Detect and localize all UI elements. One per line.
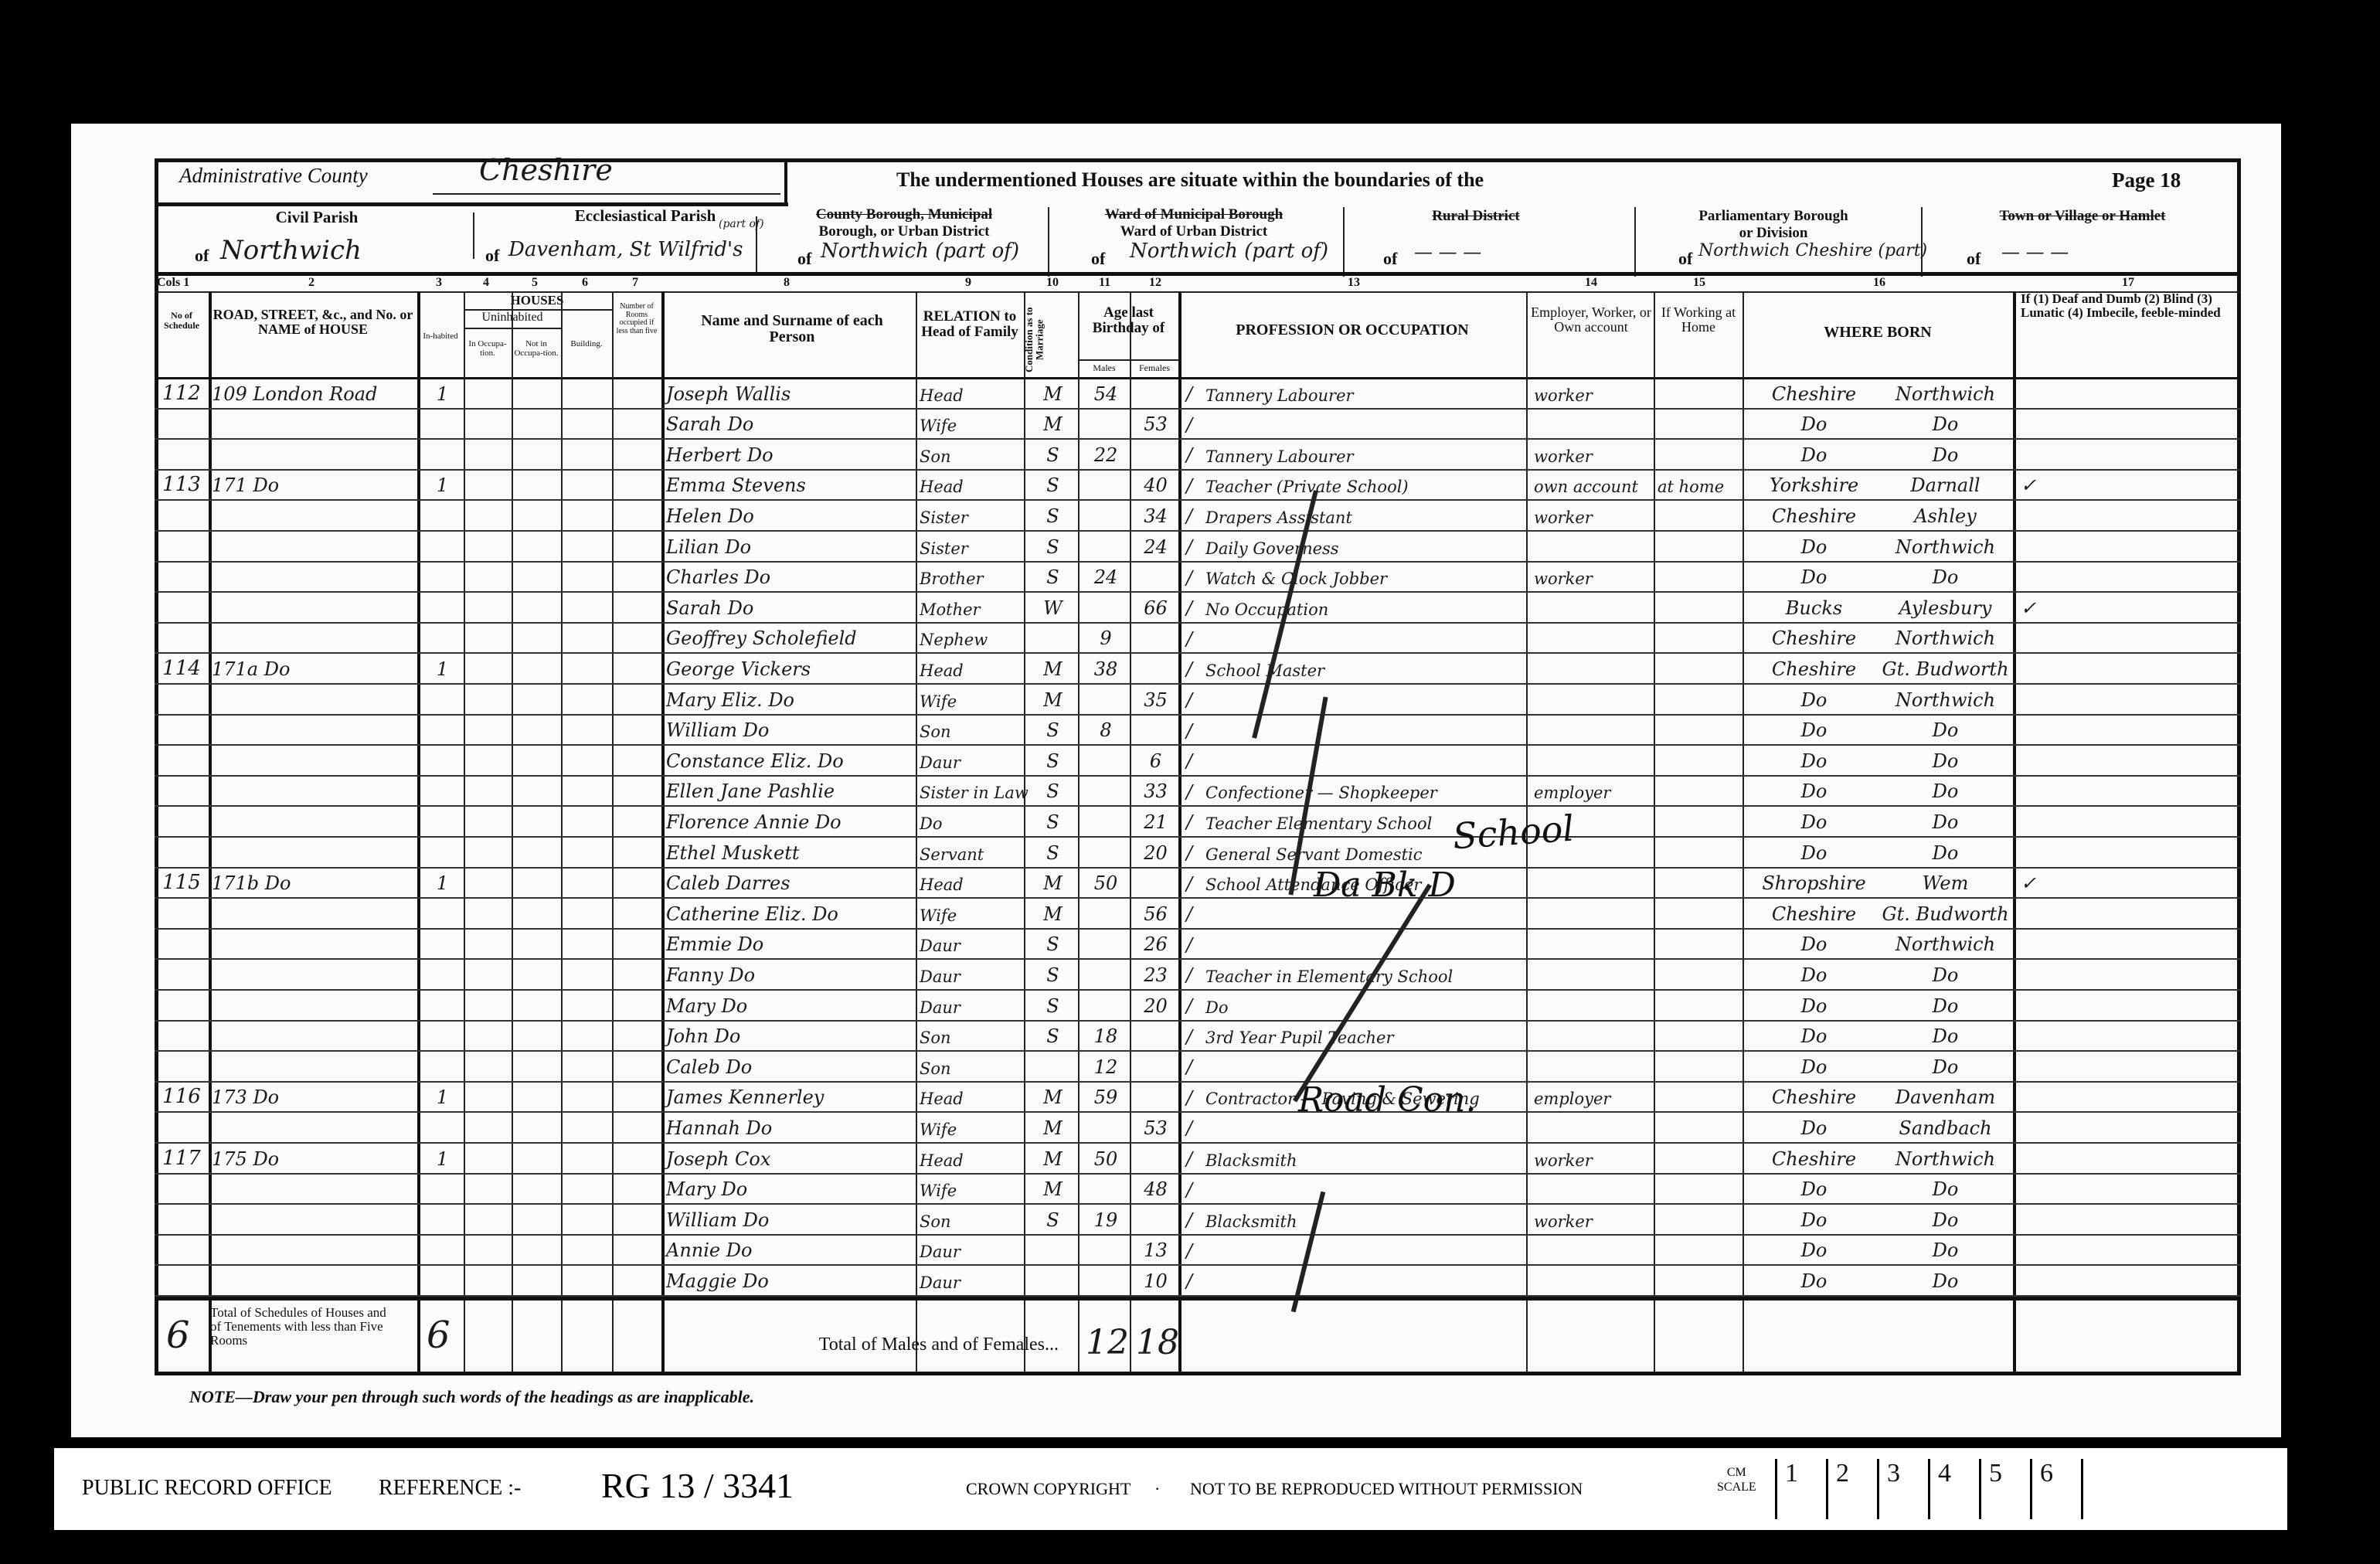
born-place: Do bbox=[1878, 440, 2013, 471]
male-age bbox=[1082, 807, 1130, 838]
inhabited-mark: 1 bbox=[421, 379, 464, 410]
col-working-home-header: If Working at Home bbox=[1656, 305, 1741, 335]
working-at-home bbox=[1657, 1052, 1742, 1083]
relation: Daur bbox=[920, 991, 1024, 1022]
person-name: Emma Stevens bbox=[666, 471, 916, 501]
female-age: 56 bbox=[1133, 899, 1178, 930]
occupation bbox=[1205, 1266, 1526, 1297]
column-number: 5 bbox=[532, 276, 538, 290]
working-at-home bbox=[1657, 838, 1742, 869]
relation: Nephew bbox=[920, 624, 1024, 654]
female-age: 20 bbox=[1133, 991, 1178, 1022]
address bbox=[212, 1266, 417, 1297]
relation: Mother bbox=[920, 593, 1024, 624]
person-name: Lilian Do bbox=[666, 532, 916, 563]
scale-end bbox=[2081, 1459, 2091, 1519]
employment-status: own account bbox=[1534, 471, 1654, 501]
tick-mark: / bbox=[1186, 658, 1192, 680]
infirmity bbox=[2021, 1205, 2086, 1236]
relation: Head bbox=[920, 379, 1024, 410]
male-age bbox=[1082, 746, 1130, 777]
column-number: 14 bbox=[1585, 276, 1597, 290]
schedule-number bbox=[155, 807, 209, 838]
working-at-home bbox=[1657, 1022, 1742, 1052]
column-number: 15 bbox=[1693, 276, 1705, 290]
occupation: Daily Governess bbox=[1205, 532, 1526, 563]
female-age bbox=[1133, 716, 1178, 746]
person-name: Fanny Do bbox=[666, 960, 916, 991]
born-place: Do bbox=[1878, 1175, 2013, 1205]
tick-mark: / bbox=[1186, 750, 1192, 772]
admin-county-underline bbox=[433, 193, 780, 195]
address bbox=[212, 1113, 417, 1144]
male-age bbox=[1082, 1113, 1130, 1144]
column-rule bbox=[464, 291, 465, 1372]
infirmity bbox=[2021, 563, 2086, 593]
working-at-home bbox=[1657, 501, 1742, 532]
column-number: 4 bbox=[483, 276, 489, 290]
address: 173 Do bbox=[212, 1083, 417, 1113]
male-age: 12 bbox=[1082, 1052, 1130, 1083]
ward-label: Ward of Urban District bbox=[1059, 224, 1329, 240]
page-number: Page 18 bbox=[2112, 168, 2181, 192]
condition: M bbox=[1028, 654, 1078, 685]
born-county: Do bbox=[1750, 838, 1878, 869]
males-total: 12 bbox=[1086, 1323, 1129, 1362]
urban-district-label: Borough, or Urban District bbox=[773, 224, 1035, 240]
inhabited-mark bbox=[421, 838, 464, 869]
relation: Servant bbox=[920, 838, 1024, 869]
relation: Sister in Law bbox=[920, 777, 1024, 807]
condition: M bbox=[1028, 410, 1078, 440]
born-place: Northwich bbox=[1878, 379, 2013, 410]
inhabited-mark bbox=[421, 685, 464, 716]
male-age bbox=[1082, 1266, 1130, 1297]
male-age: 9 bbox=[1082, 624, 1130, 654]
of-label: of bbox=[797, 249, 811, 269]
male-age bbox=[1082, 501, 1130, 532]
condition bbox=[1028, 1266, 1078, 1297]
col-houses-header: HOUSES bbox=[464, 294, 610, 308]
born-county: Do bbox=[1750, 410, 1878, 440]
column-number: 11 bbox=[1099, 276, 1110, 290]
schedule-number bbox=[155, 593, 209, 624]
footer-reference-label: REFERENCE :- bbox=[379, 1476, 521, 1501]
working-at-home bbox=[1657, 930, 1742, 960]
employment-status bbox=[1534, 869, 1654, 899]
footer-reference-value: RG 13 / 3341 bbox=[601, 1465, 794, 1506]
rural-district-label: Rural District bbox=[1360, 209, 1592, 224]
female-age: 13 bbox=[1133, 1236, 1178, 1266]
divider bbox=[1634, 207, 1636, 277]
schedules-total-label: Total of Schedules of Houses and of Tene… bbox=[210, 1306, 396, 1348]
born-county: Do bbox=[1750, 532, 1878, 563]
employment-status bbox=[1534, 654, 1654, 685]
col-name-header: Name and Surname of each Person bbox=[680, 313, 904, 345]
infirmity bbox=[2021, 1175, 2086, 1205]
infirmity bbox=[2021, 1236, 2086, 1266]
occupation: Blacksmith bbox=[1205, 1144, 1526, 1175]
person-name: Mary Eliz. Do bbox=[666, 685, 916, 716]
tick-mark: / bbox=[1186, 1209, 1192, 1231]
tick-mark: / bbox=[1186, 628, 1192, 650]
address bbox=[212, 777, 417, 807]
inhabited-mark bbox=[421, 593, 464, 624]
person-name: Ellen Jane Pashlie bbox=[666, 777, 916, 807]
column-number: 6 bbox=[582, 276, 588, 290]
working-at-home bbox=[1657, 899, 1742, 930]
inhabited-mark bbox=[421, 624, 464, 654]
divider bbox=[1048, 207, 1049, 277]
male-age bbox=[1082, 838, 1130, 869]
males-females-total-label: Total of Males and of Females... bbox=[742, 1335, 1059, 1355]
employment-status bbox=[1534, 1236, 1654, 1266]
condition: S bbox=[1028, 930, 1078, 960]
tick-mark: / bbox=[1186, 811, 1192, 833]
male-age bbox=[1082, 991, 1130, 1022]
born-place: Do bbox=[1878, 410, 2013, 440]
address bbox=[212, 899, 417, 930]
address: 171a Do bbox=[212, 654, 417, 685]
infirmity bbox=[2021, 501, 2086, 532]
born-county: Do bbox=[1750, 716, 1878, 746]
born-county: Do bbox=[1750, 1236, 1878, 1266]
tick-mark: / bbox=[1186, 689, 1192, 711]
employment-status: worker bbox=[1534, 501, 1654, 532]
condition: M bbox=[1028, 685, 1078, 716]
inhabited-mark: 1 bbox=[421, 1144, 464, 1175]
condition: S bbox=[1028, 563, 1078, 593]
male-age: 8 bbox=[1082, 716, 1130, 746]
employment-status bbox=[1534, 624, 1654, 654]
relation: Wife bbox=[920, 410, 1024, 440]
column-rule bbox=[1130, 291, 1131, 1372]
col-females-header: Females bbox=[1130, 363, 1178, 373]
footer-copyright: CROWN COPYRIGHT bbox=[966, 1479, 1130, 1499]
col-occupation-header: PROFESSION OR OCCUPATION bbox=[1190, 322, 1515, 338]
employment-status bbox=[1534, 1113, 1654, 1144]
employment-status bbox=[1534, 930, 1654, 960]
born-place: Do bbox=[1878, 838, 2013, 869]
born-county: Do bbox=[1750, 807, 1878, 838]
admin-county-value: Cheshire bbox=[479, 153, 613, 187]
civil-parish-label: Civil Parish bbox=[178, 209, 456, 226]
condition: S bbox=[1028, 777, 1078, 807]
working-at-home bbox=[1657, 410, 1742, 440]
male-age: 50 bbox=[1082, 1144, 1130, 1175]
person-name: Hannah Do bbox=[666, 1113, 916, 1144]
born-county: Cheshire bbox=[1750, 379, 1878, 410]
infirmity bbox=[2021, 807, 2086, 838]
schedule-number: 112 bbox=[155, 379, 209, 410]
schedule-number bbox=[155, 991, 209, 1022]
born-place: Northwich bbox=[1878, 624, 2013, 654]
female-age bbox=[1133, 1083, 1178, 1113]
female-age bbox=[1133, 563, 1178, 593]
address: 109 London Road bbox=[212, 379, 417, 410]
county-borough-value: Northwich (part of) bbox=[821, 240, 1019, 263]
tick-mark: / bbox=[1186, 536, 1192, 558]
born-county: Do bbox=[1750, 685, 1878, 716]
col-schedule-header: No of Schedule bbox=[158, 311, 206, 330]
relation: Daur bbox=[920, 960, 1024, 991]
schedule-number bbox=[155, 1266, 209, 1297]
born-place: Do bbox=[1878, 563, 2013, 593]
column-number: 9 bbox=[965, 276, 971, 290]
born-place: Northwich bbox=[1878, 532, 2013, 563]
column-number: 13 bbox=[1348, 276, 1360, 290]
female-age bbox=[1133, 379, 1178, 410]
schedule-number bbox=[155, 1113, 209, 1144]
tick-mark: / bbox=[1186, 505, 1192, 527]
condition: M bbox=[1028, 899, 1078, 930]
schedule-number bbox=[155, 501, 209, 532]
inhabited-mark bbox=[421, 716, 464, 746]
condition: W bbox=[1028, 593, 1078, 624]
employment-status bbox=[1534, 991, 1654, 1022]
inhabited-mark bbox=[421, 1236, 464, 1266]
born-place: Do bbox=[1878, 960, 2013, 991]
condition: S bbox=[1028, 807, 1078, 838]
address bbox=[212, 807, 417, 838]
schedule-number: 115 bbox=[155, 869, 209, 899]
occupation: Do bbox=[1205, 991, 1526, 1022]
tick-mark: / bbox=[1186, 934, 1192, 956]
born-place: Northwich bbox=[1878, 1144, 2013, 1175]
address: 171b Do bbox=[212, 869, 417, 899]
employment-status bbox=[1534, 1175, 1654, 1205]
male-age: 22 bbox=[1082, 440, 1130, 471]
tick-mark: / bbox=[1186, 1148, 1192, 1170]
tick-mark: / bbox=[1186, 842, 1192, 864]
employment-status bbox=[1534, 532, 1654, 563]
employment-status bbox=[1534, 1052, 1654, 1083]
born-county: Shropshire bbox=[1750, 869, 1878, 899]
relation: Son bbox=[920, 1052, 1024, 1083]
condition bbox=[1028, 624, 1078, 654]
scale-label: SCALE bbox=[1717, 1481, 1756, 1494]
person-name: Maggie Do bbox=[666, 1266, 916, 1297]
occupation bbox=[1205, 930, 1526, 960]
born-county: Yorkshire bbox=[1750, 471, 1878, 501]
tick-mark: / bbox=[1186, 1179, 1192, 1201]
male-age: 24 bbox=[1082, 563, 1130, 593]
tick-mark: / bbox=[1186, 1270, 1192, 1292]
column-rule bbox=[561, 291, 563, 1372]
inhabited-mark bbox=[421, 1205, 464, 1236]
infirmity bbox=[2021, 379, 2086, 410]
condition: M bbox=[1028, 1144, 1078, 1175]
male-age bbox=[1082, 777, 1130, 807]
person-name: Helen Do bbox=[666, 501, 916, 532]
inhabited-total: 6 bbox=[427, 1314, 450, 1357]
female-age: 66 bbox=[1133, 593, 1178, 624]
divider bbox=[473, 212, 474, 259]
footer-office: PUBLIC RECORD OFFICE bbox=[82, 1476, 332, 1501]
tick-mark: / bbox=[1186, 383, 1192, 405]
working-at-home bbox=[1657, 1113, 1742, 1144]
condition: S bbox=[1028, 838, 1078, 869]
condition: S bbox=[1028, 1205, 1078, 1236]
working-at-home bbox=[1657, 1083, 1742, 1113]
column-rule bbox=[1024, 291, 1025, 1372]
parliamentary-value: Northwich Cheshire (part) bbox=[1698, 241, 1927, 260]
scale-mark: 6 bbox=[2030, 1459, 2081, 1519]
condition: S bbox=[1028, 532, 1078, 563]
born-place: Do bbox=[1878, 1022, 2013, 1052]
tick-mark: / bbox=[1186, 964, 1192, 986]
of-label: of bbox=[485, 246, 499, 266]
person-name: Sarah Do bbox=[666, 410, 916, 440]
infirmity bbox=[2021, 410, 2086, 440]
relation: Daur bbox=[920, 930, 1024, 960]
occupation bbox=[1205, 1236, 1526, 1266]
working-at-home bbox=[1657, 654, 1742, 685]
address bbox=[212, 960, 417, 991]
footer-separator: · bbox=[1154, 1479, 1160, 1499]
infirmity bbox=[2021, 654, 2086, 685]
inhabited-mark bbox=[421, 1266, 464, 1297]
occupation bbox=[1205, 624, 1526, 654]
inhabited-mark: 1 bbox=[421, 1083, 464, 1113]
infirmity bbox=[2021, 1022, 2086, 1052]
female-age: 34 bbox=[1133, 501, 1178, 532]
divider bbox=[1343, 207, 1345, 277]
occupation: 3rd Year Pupil Teacher bbox=[1205, 1022, 1526, 1052]
division-label: or Division bbox=[1646, 226, 1901, 241]
address bbox=[212, 746, 417, 777]
address bbox=[212, 1205, 417, 1236]
infirmity bbox=[2021, 991, 2086, 1022]
scale-mark: 1 bbox=[1775, 1459, 1826, 1519]
inhabited-mark bbox=[421, 1052, 464, 1083]
occupation bbox=[1205, 1175, 1526, 1205]
person-name: Florence Annie Do bbox=[666, 807, 916, 838]
female-age bbox=[1133, 624, 1178, 654]
infirmity bbox=[2021, 532, 2086, 563]
condition: M bbox=[1028, 1113, 1078, 1144]
of-label: of bbox=[1091, 249, 1105, 269]
employment-status bbox=[1534, 1266, 1654, 1297]
person-name: Charles Do bbox=[666, 563, 916, 593]
infirmity: ✓ bbox=[2021, 593, 2086, 624]
working-at-home bbox=[1657, 1205, 1742, 1236]
infirmity bbox=[2021, 1052, 2086, 1083]
born-county: Do bbox=[1750, 1022, 1878, 1052]
born-county: Cheshire bbox=[1750, 501, 1878, 532]
address bbox=[212, 410, 417, 440]
of-label: of bbox=[195, 246, 209, 266]
relation: Daur bbox=[920, 746, 1024, 777]
infirmity bbox=[2021, 1266, 2086, 1297]
schedule-number bbox=[155, 440, 209, 471]
condition bbox=[1028, 1052, 1078, 1083]
employment-status: employer bbox=[1534, 777, 1654, 807]
town-label: Town or Village or Hamlet bbox=[1932, 209, 2233, 224]
person-name: Mary Do bbox=[666, 1175, 916, 1205]
relation: Do bbox=[920, 807, 1024, 838]
condition: S bbox=[1028, 991, 1078, 1022]
employment-status: worker bbox=[1534, 379, 1654, 410]
born-county: Do bbox=[1750, 1266, 1878, 1297]
working-at-home bbox=[1657, 1236, 1742, 1266]
female-age: 26 bbox=[1133, 930, 1178, 960]
tick-mark: / bbox=[1186, 903, 1192, 925]
infirmity bbox=[2021, 685, 2086, 716]
column-number: 3 bbox=[436, 276, 442, 290]
male-age: 19 bbox=[1082, 1205, 1130, 1236]
infirmity bbox=[2021, 1113, 2086, 1144]
born-county: Cheshire bbox=[1750, 624, 1878, 654]
col-address-header: ROAD, STREET, &c., and No. or NAME of HO… bbox=[212, 308, 414, 337]
column-rule bbox=[512, 291, 513, 1372]
col-employer-header: Employer, Worker, or Own account bbox=[1530, 305, 1652, 335]
working-at-home bbox=[1657, 777, 1742, 807]
schedules-total: 6 bbox=[166, 1314, 190, 1357]
person-name: James Kennerley bbox=[666, 1083, 916, 1113]
address bbox=[212, 1236, 417, 1266]
tick-mark: / bbox=[1186, 995, 1192, 1017]
col-rooms-header: Number of Rooms occupied if less than fi… bbox=[614, 303, 660, 335]
inhabited-mark: 1 bbox=[421, 654, 464, 685]
employment-status: worker bbox=[1534, 563, 1654, 593]
born-place: Northwich bbox=[1878, 930, 2013, 960]
schedule-number bbox=[155, 930, 209, 960]
column-number: 2 bbox=[308, 276, 314, 290]
employment-status bbox=[1534, 685, 1654, 716]
male-age bbox=[1082, 930, 1130, 960]
divider bbox=[756, 216, 757, 274]
occupation: School Master bbox=[1205, 654, 1526, 685]
born-county: Do bbox=[1750, 777, 1878, 807]
relation: Wife bbox=[920, 1113, 1024, 1144]
column-rule bbox=[916, 291, 917, 1372]
born-place: Do bbox=[1878, 777, 2013, 807]
relation: Head bbox=[920, 654, 1024, 685]
schedule-number: 117 bbox=[155, 1144, 209, 1175]
address bbox=[212, 930, 417, 960]
inhabited-mark bbox=[421, 960, 464, 991]
rural-district-value: — — — bbox=[1414, 241, 1481, 263]
schedule-number: 116 bbox=[155, 1083, 209, 1113]
male-age bbox=[1082, 593, 1130, 624]
tick-mark: / bbox=[1186, 873, 1192, 895]
female-age: 53 bbox=[1133, 410, 1178, 440]
tick-mark: / bbox=[1186, 1026, 1192, 1048]
females-total: 18 bbox=[1136, 1323, 1179, 1362]
employment-status bbox=[1534, 899, 1654, 930]
tick-mark: / bbox=[1186, 414, 1192, 436]
male-age: 18 bbox=[1082, 1022, 1130, 1052]
person-name: Catherine Eliz. Do bbox=[666, 899, 916, 930]
employment-status: worker bbox=[1534, 1205, 1654, 1236]
working-at-home bbox=[1657, 532, 1742, 563]
tick-mark: / bbox=[1186, 1056, 1192, 1078]
column-rule bbox=[661, 291, 665, 1372]
inhabited-mark bbox=[421, 440, 464, 471]
archive-footer: PUBLIC RECORD OFFICE REFERENCE :- RG 13 … bbox=[54, 1443, 2287, 1535]
relation: Head bbox=[920, 471, 1024, 501]
relation: Daur bbox=[920, 1266, 1024, 1297]
born-place: Wem bbox=[1878, 869, 2013, 899]
born-place: Do bbox=[1878, 716, 2013, 746]
address bbox=[212, 593, 417, 624]
tick-mark: / bbox=[1186, 597, 1192, 619]
column-rule bbox=[2013, 291, 2016, 1372]
tick-mark: / bbox=[1186, 1240, 1192, 1262]
address bbox=[212, 685, 417, 716]
column-rule bbox=[1742, 291, 1744, 1372]
